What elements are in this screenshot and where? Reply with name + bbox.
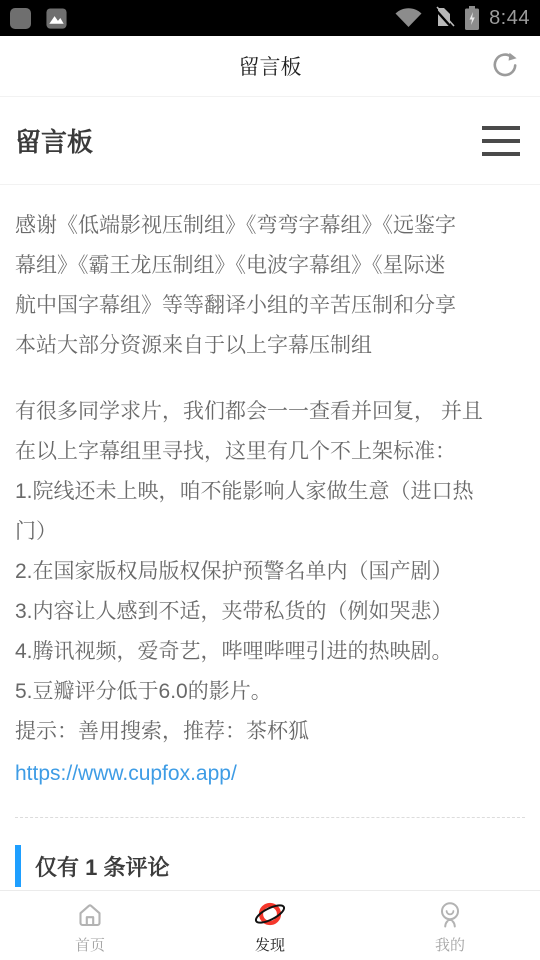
text-line: 门） [15,512,525,552]
paragraph-thanks: 感谢《低端影视压制组》《弯弯字幕组》《远鉴字 幕组》《霸王龙压制组》《电波字幕组… [15,206,525,366]
app-bar: 留言板 [0,36,540,97]
text-line: 在以上字幕组里寻找，这里有几个不上架标准： [15,432,525,472]
nav-label-profile: 我的 [435,934,465,955]
refresh-button[interactable] [488,49,522,83]
discover-planet-icon [250,900,290,930]
text-line: 感谢《低端影视压制组》《弯弯字幕组》《远鉴字 [15,206,525,246]
wifi-icon [394,6,423,30]
page-header: 留言板 [0,97,540,185]
article-content: 感谢《低端影视压制组》《弯弯字幕组》《远鉴字 幕组》《霸王龙压制组》《电波字幕组… [0,206,540,887]
text-line: 3.内容让人感到不适，夹带私货的（例如哭悲） [15,592,525,632]
heading-accent-bar [15,845,21,887]
nav-label-home: 首页 [75,934,105,955]
dashed-divider [15,817,525,818]
text-line: 本站大部分资源来自于以上字幕压制组 [15,326,525,366]
text-line: 有很多同学求片，我们都会一一查看并回复， 并且 [15,392,525,432]
text-line: 提示：善用搜索，推荐：茶杯狐 [15,712,525,752]
battery-charging-icon [464,5,480,31]
app-screen: 8:44 留言板 留言板 感谢《低端影视压制组》《弯弯字幕组》《远鉴字 幕组》《… [0,0,540,960]
cupfox-link[interactable]: https://www.cupfox.app/ [15,762,237,785]
status-time: 8:44 [489,7,530,30]
nav-item-home[interactable]: 首页 [0,891,180,960]
nav-label-discover: 发现 [255,934,285,955]
refresh-icon [489,50,521,82]
text-line: 航中国字幕组》等等翻译小组的辛苦压制和分享 [15,286,525,326]
gallery-notification-icon [45,7,68,30]
page-title: 留言板 [15,122,93,159]
paragraph-rules: 有很多同学求片，我们都会一一查看并回复， 并且 在以上字幕组里寻找，这里有几个不… [15,392,525,752]
text-line: 1.院线还未上映，咱不能影响人家做生意（进口热 [15,472,525,512]
text-line: 幕组》《霸王龙压制组》《电波字幕组》《星际迷 [15,246,525,286]
text-line: 4.腾讯视频，爱奇艺，哔哩哔哩引进的热映剧。 [15,632,525,672]
nav-item-profile[interactable]: 我的 [360,891,540,960]
hamburger-menu-icon[interactable] [482,122,520,160]
comments-count-title: 仅有 1 条评论 [35,851,169,882]
text-line: 5.豆瓣评分低于6.0的影片。 [15,672,525,712]
app-notification-icon [10,8,31,29]
comments-heading: 仅有 1 条评论 [15,845,525,887]
app-bar-title: 留言板 [239,51,302,81]
text-line: 2.在国家版权局版权保护预警名单内（国产剧） [15,552,525,592]
home-icon [75,900,105,930]
no-sim-icon [432,6,455,30]
bottom-nav: 首页 发现 我的 [0,890,540,960]
status-bar: 8:44 [0,0,540,36]
profile-icon [435,900,465,930]
nav-item-discover[interactable]: 发现 [180,891,360,960]
